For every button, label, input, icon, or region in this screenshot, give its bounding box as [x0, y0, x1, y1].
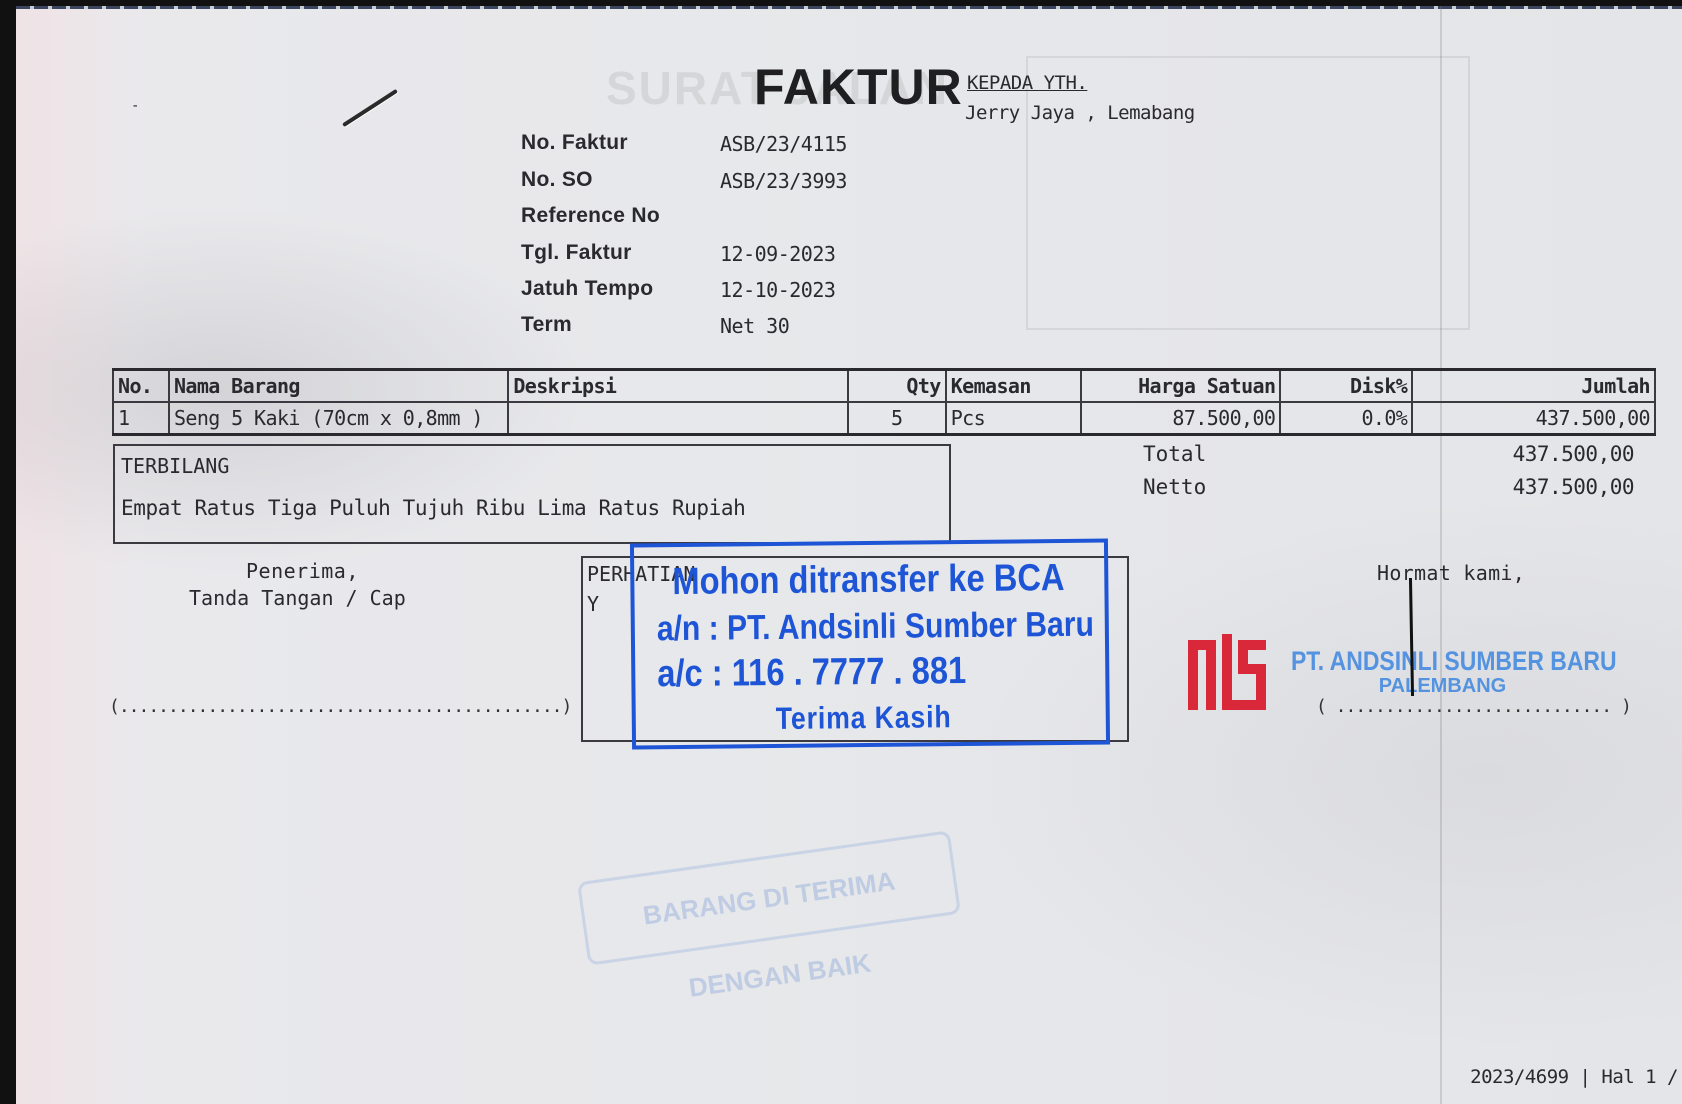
- receiver-label: Penerima,: [246, 559, 359, 583]
- meta-label: Tgl. Faktur: [521, 241, 632, 265]
- stamp-line: Mohon ditransfer ke BCA: [672, 557, 1065, 604]
- netto-value: 437.500,00: [1513, 475, 1634, 499]
- cell-deskripsi: [508, 402, 847, 435]
- cell-qty: 5: [848, 402, 946, 435]
- show-through-stamp: BARANG DI TERIMA DENGAN BAIK: [577, 830, 961, 966]
- terbilang-box: TERBILANG Empat Ratus Tiga Puluh Tujuh R…: [113, 444, 951, 544]
- stamp-line: a/n : PT. Andsinli Sumber Baru: [657, 605, 1094, 650]
- column-header: Jumlah: [1412, 370, 1655, 403]
- cell-nama-barang: Seng 5 Kaki (70cm x 0,8mm ): [169, 402, 508, 435]
- invoice-paper: SURAT JALAN - FAKTUR KEPADA YTH. Jerry J…: [16, 6, 1682, 1104]
- table-row: 1 Seng 5 Kaki (70cm x 0,8mm ) 5 Pcs 87.5…: [113, 402, 1655, 435]
- meta-value: 12-10-2023: [720, 278, 835, 302]
- company-name: PT. ANDSINLI SUMBER BARU: [1291, 646, 1617, 677]
- meta-label: No. Faktur: [521, 131, 628, 155]
- page-footer: 2023/4699 | Hal 1 /: [1470, 1066, 1678, 1088]
- meta-value: Net 30: [720, 314, 789, 338]
- sender-signature-line: ( ............................ ): [1316, 696, 1631, 717]
- bank-transfer-stamp: Mohon ditransfer ke BCA a/n : PT. Andsin…: [630, 539, 1110, 750]
- meta-value: ASB/23/4115: [720, 132, 847, 156]
- receiver-sublabel: Tanda Tangan / Cap: [189, 586, 406, 610]
- table-header-row: No. Nama Barang Deskripsi Qty Kemasan Ha…: [113, 370, 1655, 403]
- closing-label: Hormat kami,: [1377, 561, 1525, 585]
- meta-label: Reference No: [521, 204, 660, 228]
- notice-text: Y: [587, 592, 599, 616]
- cell-harga-satuan: 87.500,00: [1081, 402, 1281, 435]
- show-through-box: [1026, 56, 1470, 330]
- meta-label: Jatuh Tempo: [521, 277, 653, 301]
- items-table: No. Nama Barang Deskripsi Qty Kemasan Ha…: [112, 368, 1656, 436]
- column-header: Nama Barang: [169, 370, 508, 403]
- column-header: Disk%: [1280, 370, 1412, 403]
- cell-kemasan: Pcs: [946, 402, 1081, 435]
- terbilang-label: TERBILANG: [121, 454, 229, 478]
- company-logo-icon: [1188, 634, 1266, 712]
- cell-jumlah: 437.500,00: [1412, 402, 1655, 435]
- small-mark: -: [131, 98, 139, 114]
- total-value: 437.500,00: [1513, 442, 1634, 466]
- recipient-name: Jerry Jaya , Lemabang: [965, 102, 1195, 124]
- receiver-signature-line: (.......................................…: [109, 696, 571, 717]
- column-header: Harga Satuan: [1081, 370, 1281, 403]
- meta-label: No. SO: [521, 168, 593, 192]
- document-title: FAKTUR: [754, 58, 963, 116]
- recipient-heading: KEPADA YTH.: [967, 72, 1087, 94]
- column-header: Qty: [848, 370, 946, 403]
- column-header: No.: [113, 370, 169, 403]
- staple-icon: [342, 89, 398, 127]
- total-label: Total: [1143, 442, 1206, 466]
- cell-no: 1: [113, 402, 169, 435]
- column-header: Deskripsi: [508, 370, 847, 403]
- company-stamp: PT. ANDSINLI SUMBER BARU PALEMBANG: [1291, 646, 1674, 698]
- meta-value: ASB/23/3993: [720, 169, 847, 193]
- stamp-line: a/c : 116 . 7777 . 881: [657, 650, 966, 696]
- meta-label: Term: [521, 313, 572, 337]
- terbilang-text: Empat Ratus Tiga Puluh Tujuh Ribu Lima R…: [121, 496, 745, 520]
- meta-value: 12-09-2023: [720, 242, 835, 266]
- company-city: PALEMBANG: [1211, 675, 1674, 698]
- cell-disk: 0.0%: [1280, 402, 1412, 435]
- netto-label: Netto: [1143, 475, 1206, 499]
- column-header: Kemasan: [946, 370, 1081, 403]
- perforated-edge: [16, 6, 1682, 9]
- stamp-line: Terima Kasih: [776, 699, 952, 737]
